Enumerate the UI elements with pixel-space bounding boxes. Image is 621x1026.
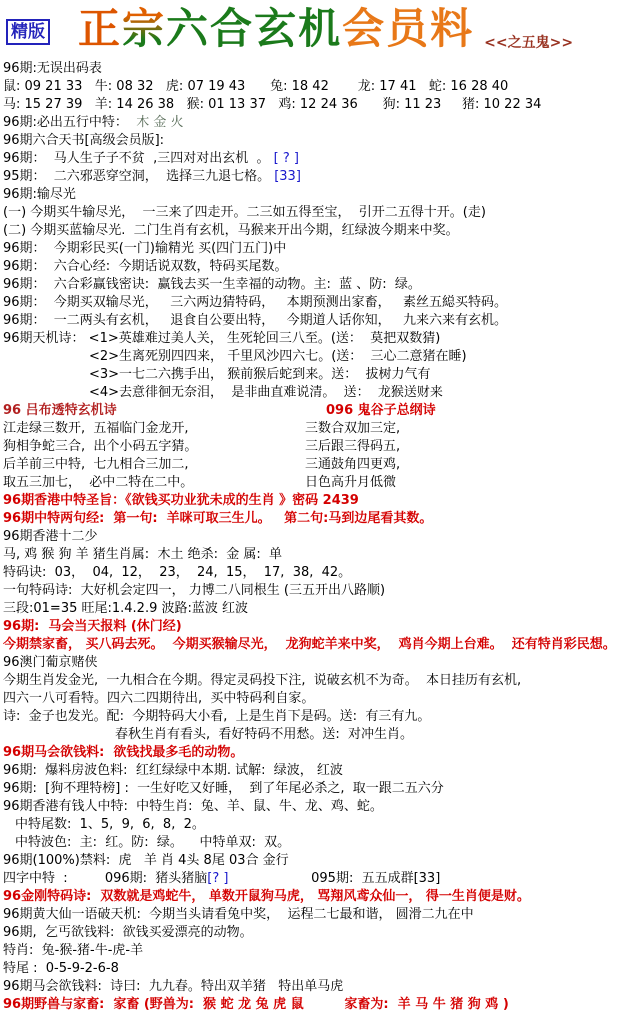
left-column-text: 江走绿三数开, 五福临门金龙开, (3, 421, 189, 436)
shengzhi-line: 96期香港中特圣旨：《欲钱买功业犹未成的生肖 》密码 2439 (3, 492, 621, 510)
text-segment: 四六一八可看特。四六二四期待出, 买中特码利自家。 (3, 691, 314, 706)
zhongte-weishu-line: 中特尾数: 1、5, 9, 6, 8, 2。 (3, 816, 621, 834)
text-segment: 马, 鸡 猴 狗 羊 猪生肖属: 木土 绝杀: 金 属: 单 (3, 547, 282, 562)
text-segment: 96期： 马人生子子不贫 ,三四对对出玄机 。 (3, 151, 274, 166)
text-segment: 特肖: 兔-猴-猪-牛-虎-羊 (3, 943, 143, 958)
aomen-line-1: 今期生肖发金光, 一九相合在今期。得定灵码投下注, 说破玄机不为奇。 本日挂历有… (3, 672, 621, 690)
right-column-text: 096 鬼谷子总纲诗 (326, 402, 436, 420)
edition-badge: 精版 (6, 19, 50, 45)
text-segment: [ ? ] (274, 151, 299, 166)
text-segment: 96期: 爆料房波色料: 红红绿绿中本期. 试解: 绿波， 红波 (3, 763, 343, 778)
aomen-line-2: 四六一八可看特。四六二四期待出, 买中特码利自家。 (3, 690, 621, 708)
right-column-text: 三数合双加三定, (305, 420, 400, 438)
text-segment: 96期:必出五行中特： (3, 115, 136, 130)
masthead: 精版 正宗六合玄机会员料 <<之五鬼>> (0, 0, 621, 58)
text-segment: 96期天机诗： <1>英雄难过美人关， 生死轮回三八至。(送： 莫把双数猜) (3, 331, 440, 346)
text-segment: 马: 15 27 39 羊: 14 26 38 猴: 01 13 37 鸡: 1… (3, 97, 541, 112)
five-elements-line: 96期:必出五行中特： 木 金 火 (3, 114, 621, 132)
text-segment: 特码诀: 03， 04, 12， 23， 24, 15， 17, 38, 42。 (3, 565, 351, 580)
text-segment: 96期野兽与家畜: 家畜 (野兽为: 猴 蛇 龙 兔 虎 鼠 家畜为: 羊 马 … (3, 997, 509, 1012)
title-char: 合 (210, 3, 254, 55)
text-segment: 96期马会欲钱料: 诗曰: 九九春。特出双羊猪 特出单马虎 (3, 979, 343, 994)
text-segment: 96期： 今期彩民买(一门)输精光 买(四门五门)中 (3, 241, 286, 256)
poem-pair-1: 江走绿三数开, 五福临门金龙开,三数合双加三定, (3, 420, 621, 438)
jin-jiachu-line: 今期禁家畜， 买八码去死。 今期买猴输尽光， 龙狗蛇羊来中奖， 鸡肖今期上台难。… (3, 636, 621, 654)
text-segment: 96期： 六合彩赢钱密诀: 赢钱去买一生幸福的动物。主: 蓝 、防: 绿。 (3, 277, 421, 292)
left-column-text: 取五三加七， 必中二特在二中。 (3, 475, 193, 490)
poem-headers: 96 吕布透特玄机诗096 鬼谷子总纲诗 (3, 402, 621, 420)
left-column-text: 后羊前三中特, 七九相合三加二, (3, 457, 189, 472)
text-segment: 095期: 五五成群[33] (228, 871, 440, 886)
shengxiao-shu-line: 马, 鸡 猴 狗 羊 猪生肖属: 木土 绝杀: 金 属: 单 (3, 546, 621, 564)
text-segment: 95期： 二六邪恶穿空洞， 选择三九退七格。 (3, 169, 274, 184)
text-segment: <3>一七二六携手出， 猴前猴后蛇到来。送： 拔树力气有 (89, 367, 430, 382)
text-segment: 96期中特两句经: 第一句: 羊咪可取三生儿。 第二句:马到边尾看其数。 (3, 511, 432, 526)
left-column-text: 狗相争蛇三合, 出个小码五字猜。 (3, 439, 197, 454)
page-title: 正宗六合玄机会员料 (78, 3, 474, 55)
aomen-title: 96澳门葡京赌侠 (3, 654, 621, 672)
text-segment: [? ] (207, 871, 228, 886)
shiyue-line: 96期马会欲钱料: 诗曰: 九九春。特出双羊猪 特出单马虎 (3, 978, 621, 996)
jinliao-line: 96期(100%)禁料: 虎 羊 肖 4头 8尾 03合 金行 (3, 852, 621, 870)
text-segment: 鼠: 09 21 33 牛: 08 32 虎: 07 19 43 兔: 18 4… (3, 79, 508, 94)
poem-pair-4: 取五三加七， 必中二特在二中。日色高升月低微 (3, 474, 621, 492)
tema-jue-line: 特码诀: 03， 04, 12， 23， 24, 15， 17, 38, 42。 (3, 564, 621, 582)
shier-shao-title: 96期香港十二少 (3, 528, 621, 546)
zodiac-row-1: 鼠: 09 21 33 牛: 08 32 虎: 07 19 43 兔: 18 4… (3, 78, 621, 96)
right-column-text: 三后跟三得码五, (305, 438, 400, 456)
shujinguang-1: (一) 今期买牛输尽光， 一三来了四走开。二三如五得至宝， 引开二五得十开。(走… (3, 204, 621, 222)
text-segment: 木 金 火 (136, 115, 183, 130)
tianshu-title: 96期六合天书[高级会员版]: (3, 132, 621, 150)
right-column-text: 日色高升月低微 (305, 474, 396, 492)
yeshou-jiachu-line: 96期野兽与家畜: 家畜 (野兽为: 猴 蛇 龙 兔 虎 鼠 家畜为: 羊 马 … (3, 996, 621, 1014)
text-segment: <4>去意徘徊无奈泪， 是非曲直难说清。 送： 龙猴送财来 (89, 385, 443, 400)
text-segment: 中特尾数: 1、5, 9, 6, 8, 2。 (15, 817, 205, 832)
baoliao-bose-line: 96期: 爆料房波色料: 红红绿绿中本期. 试解: 绿波， 红波 (3, 762, 621, 780)
shuang-line: 96期： 今期买双输尽光， 三六两边猜特码， 本期预测出家畜， 素丝五縂买特码。 (3, 294, 621, 312)
text-segment: 今期生肖发金光, 一九相合在今期。得定灵码投下注, 说破玄机不为奇。 本日挂历有… (3, 673, 521, 688)
text-segment: 96期: 马会当天报料 (休门经) (3, 619, 182, 634)
goubuli-line: 96期: [狗不理特榜] : 一生好吃又好睡， 到了年尾必杀之, 取一跟二五六分 (3, 780, 621, 798)
text-segment: 96期, 乞丐欲钱料: 欲钱买爱漂亮的动物。 (3, 925, 253, 940)
text-segment: 诗: 金子也发光。配: 今期特码大小看, 上是生肖下是码。送: 有三有九。 (3, 709, 430, 724)
page-subtitle: <<之五鬼>> (484, 32, 573, 52)
section-codes-title: 96期:无误出码表 (3, 60, 621, 78)
boduan-line: 三段:01=35 旺尾:1.4.2.9 波路:蓝波 红波 (3, 600, 621, 618)
title-char: 玄 (254, 3, 298, 55)
tianshu-95: 95期： 二六邪恶穿空洞， 选择三九退七格。 [33] (3, 168, 621, 186)
aomen-line-4: 春秋生肖有看头, 看好特码不用愁。送: 对冲生肖。 (3, 726, 621, 744)
aomen-line-3: 诗: 金子也发光。配: 今期特码大小看, 上是生肖下是码。送: 有三有九。 (3, 708, 621, 726)
text-segment: 96期： 一二两头有玄机， 退食自公要出特， 今期道人话你知， 九来六来有玄机。 (3, 313, 507, 328)
texiao-line: 特肖: 兔-猴-猪-牛-虎-羊 (3, 942, 621, 960)
tianji-poem-1: 96期天机诗： <1>英雄难过美人关， 生死轮回三八至。(送： 莫把双数猜) (3, 330, 621, 348)
text-segment: 96期黄大仙一语破天机: 今期当头请看兔中奖， 运程二七最和谐， 圆滑二九在中 (3, 907, 474, 922)
xinjing-line: 96期： 六合心经: 今期话说双数，特码买尾数。 (3, 258, 621, 276)
document-body: 96期:无误出码表鼠: 09 21 33 牛: 08 32 虎: 07 19 4… (0, 58, 621, 1014)
sizi-zhongte-line: 四字中特 : 096期: 猪头猪脑[? ] 095期: 五五成群[33] (3, 870, 621, 888)
title-char: 会 (342, 3, 386, 55)
tewei-line: 特尾 : 0-5-9-2-6-8 (3, 960, 621, 978)
text-segment: 96期六合天书[高级会员版]: (3, 133, 164, 148)
text-segment: 中特波色: 主: 红。防: 绿。 中特单双: 双。 (15, 835, 290, 850)
text-segment: <2>生离死别四四来， 千里风沙四六七。(送： 三心二意猪在睡) (89, 349, 467, 364)
text-segment: 春秋生肖有看头, 看好特码不用愁。送: 对冲生肖。 (115, 727, 413, 742)
text-segment: 96澳门葡京赌侠 (3, 655, 98, 670)
text-segment: 特尾 : 0-5-9-2-6-8 (3, 961, 119, 976)
tianshu-96: 96期： 马人生子子不贫 ,三四对对出玄机 。 [ ? ] (3, 150, 621, 168)
text-segment: (一) 今期买牛输尽光， 一三来了四走开。二三如五得至宝， 引开二五得十开。(走… (3, 205, 486, 220)
mijue-line: 96期： 六合彩赢钱密诀: 赢钱去买一生幸福的动物。主: 蓝 、防: 绿。 (3, 276, 621, 294)
tema-shi-line: 一句特码诗: 大好机会定四一， 力博二八同根生 (三五开出八路顺) (3, 582, 621, 600)
text-segment: 96期香港十二少 (3, 529, 98, 544)
huangdaxian-line: 96期黄大仙一语破天机: 今期当头请看兔中奖， 运程二七最和谐， 圆滑二九在中 (3, 906, 621, 924)
liangtou-line: 96期： 一二两头有玄机， 退食自公要出特， 今期道人话你知， 九来六来有玄机。 (3, 312, 621, 330)
zodiac-row-2: 马: 15 27 39 羊: 14 26 38 猴: 01 13 37 鸡: 1… (3, 96, 621, 114)
poem-pair-2: 狗相争蛇三合, 出个小码五字猜。三后跟三得码五, (3, 438, 621, 456)
text-segment: 96期香港有钱人中特: 中特生肖: 兔、羊、鼠、牛、龙、鸡、蛇。 (3, 799, 383, 814)
jingang-line: 96金刚特码诗: 双数就是鸡蛇牛， 单数开鼠狗马虎， 骂翔风鸢众仙一， 得一生肖… (3, 888, 621, 906)
text-segment: 96期马会欲钱料: 欲钱找最多毛的动物。 (3, 745, 243, 760)
text-segment: 今期禁家畜， 买八码去死。 今期买猴输尽光， 龙狗蛇羊来中奖， 鸡肖今期上台难。… (3, 637, 616, 652)
shujinguang-2: (二) 今期买蓝输尽光. 二门生肖有玄机，马猴来开出今期，红绿波今期来中奖。 (3, 222, 621, 240)
title-char: 正 (78, 3, 122, 55)
text-segment: 96金刚特码诗: 双数就是鸡蛇牛， 单数开鼠狗马虎， 骂翔风鸢众仙一， 得一生肖… (3, 889, 530, 904)
youqianren-line: 96期香港有钱人中特: 中特生肖: 兔、羊、鼠、牛、龙、鸡、蛇。 (3, 798, 621, 816)
text-segment: 96期香港中特圣旨：《欲钱买功业犹未成的生肖 》密码 2439 (3, 493, 359, 508)
caimin-line: 96期： 今期彩民买(一门)输精光 买(四门五门)中 (3, 240, 621, 258)
tianji-poem-2: <2>生离死别四四来， 千里风沙四六七。(送： 三心二意猪在睡) (3, 348, 621, 366)
title-char: 员 (386, 3, 430, 55)
mahui-baoliao-title: 96期: 马会当天报料 (休门经) (3, 618, 621, 636)
text-segment: [33] (274, 169, 301, 184)
tianji-poem-3: <3>一七二六携手出， 猴前猴后蛇到来。送： 拔树力气有 (3, 366, 621, 384)
text-segment: 一句特码诗: 大好机会定四一， 力博二八同根生 (三五开出八路顺) (3, 583, 385, 598)
right-column-text: 三通鼓角四更鸡, (305, 456, 400, 474)
left-column-text: 96 吕布透特玄机诗 (3, 403, 117, 418)
title-char: 宗 (122, 3, 166, 55)
liangju-line: 96期中特两句经: 第一句: 羊咪可取三生儿。 第二句:马到边尾看其数。 (3, 510, 621, 528)
text-segment: 96期:输尽光 (3, 187, 76, 202)
title-char: 机 (298, 3, 342, 55)
text-segment: 96期:无误出码表 (3, 61, 102, 76)
text-segment: 96期: [狗不理特榜] : 一生好吃又好睡， 到了年尾必杀之, 取一跟二五六分 (3, 781, 444, 796)
text-segment: 96期(100%)禁料: 虎 羊 肖 4头 8尾 03合 金行 (3, 853, 289, 868)
text-segment: 96期： 六合心经: 今期话说双数，特码买尾数。 (3, 259, 287, 274)
tianji-poem-4: <4>去意徘徊无奈泪， 是非曲直难说清。 送： 龙猴送财来 (3, 384, 621, 402)
text-segment: 三段:01=35 旺尾:1.4.2.9 波路:蓝波 红波 (3, 601, 248, 616)
text-segment: 96期： 今期买双输尽光， 三六两边猜特码， 本期预测出家畜， 素丝五縂买特码。 (3, 295, 507, 310)
text-segment: 四字中特 : 096期: 猪头猪脑 (3, 871, 207, 886)
lottery-sheet-page: 精版 正宗六合玄机会员料 <<之五鬼>> 96期:无误出码表鼠: 09 21 3… (0, 0, 621, 1026)
zhongte-bose-line: 中特波色: 主: 红。防: 绿。 中特单双: 双。 (3, 834, 621, 852)
poem-pair-3: 后羊前三中特, 七九相合三加二,三通鼓角四更鸡, (3, 456, 621, 474)
yuqian-line: 96期马会欲钱料: 欲钱找最多毛的动物。 (3, 744, 621, 762)
title-char: 六 (166, 3, 210, 55)
shujinguang-title: 96期:输尽光 (3, 186, 621, 204)
title-char: 料 (430, 3, 474, 55)
qigai-line: 96期, 乞丐欲钱料: 欲钱买爱漂亮的动物。 (3, 924, 621, 942)
text-segment: (二) 今期买蓝输尽光. 二门生肖有玄机，马猴来开出今期，红绿波今期来中奖。 (3, 223, 459, 238)
